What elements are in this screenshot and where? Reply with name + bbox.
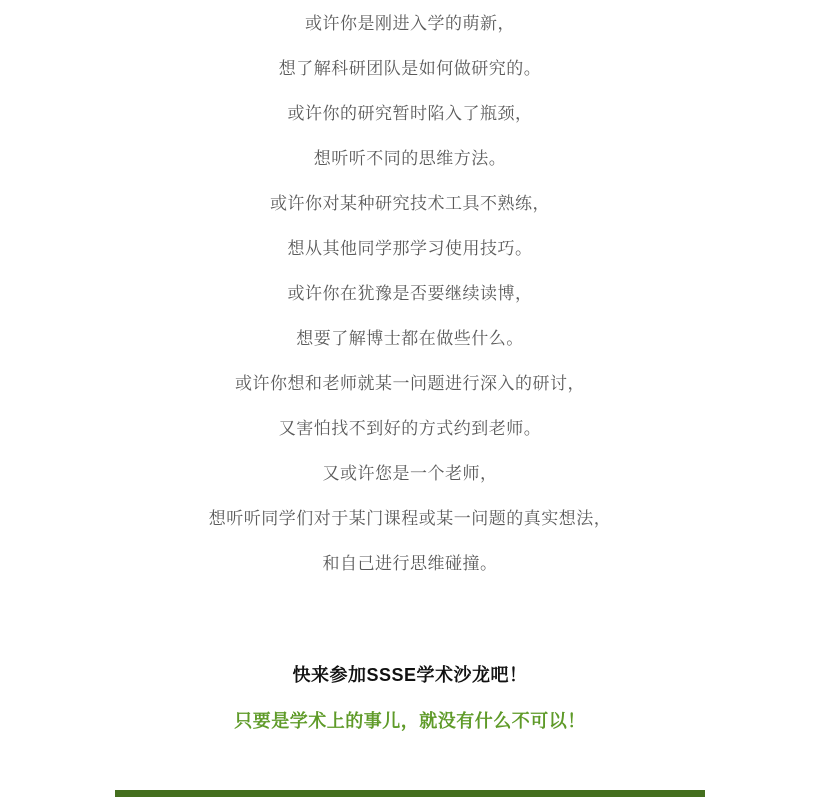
body-paragraph: 想听听同学们对于某门课程或某一问题的真实想法， [0, 505, 820, 532]
body-paragraph: 或许你的研究暂时陷入了瓶颈， [0, 100, 820, 127]
bottom-banner-edge [115, 790, 705, 797]
body-paragraph: 想听听不同的思维方法。 [0, 145, 820, 172]
section-spacer [0, 595, 820, 661]
body-paragraph: 或许你是刚进入学的萌新， [0, 10, 820, 37]
article-page: 或许你是刚进入学的萌新，想了解科研团队是如何做研究的。或许你的研究暂时陷入了瓶颈… [0, 0, 820, 797]
body-paragraph: 或许你在犹豫是否要继续读博， [0, 280, 820, 307]
body-paragraph: 或许你对某种研究技术工具不熟练， [0, 190, 820, 217]
body-paragraph: 想要了解博士都在做些什么。 [0, 325, 820, 352]
body-paragraph: 和自己进行思维碰撞。 [0, 550, 820, 577]
body-paragraph: 又害怕找不到好的方式约到老师。 [0, 415, 820, 442]
cta-tagline: 只要是学术上的事儿，就没有什么不可以！ [0, 707, 820, 736]
article-body: 或许你是刚进入学的萌新，想了解科研团队是如何做研究的。或许你的研究暂时陷入了瓶颈… [0, 0, 820, 577]
body-paragraph: 又或许您是一个老师， [0, 460, 820, 487]
body-paragraph: 想从其他同学那学习使用技巧。 [0, 235, 820, 262]
body-paragraph: 或许你想和老师就某一问题进行深入的研讨， [0, 370, 820, 397]
body-paragraph: 想了解科研团队是如何做研究的。 [0, 55, 820, 82]
cta-headline: 快来参加SSSE学术沙龙吧！ [0, 661, 820, 690]
